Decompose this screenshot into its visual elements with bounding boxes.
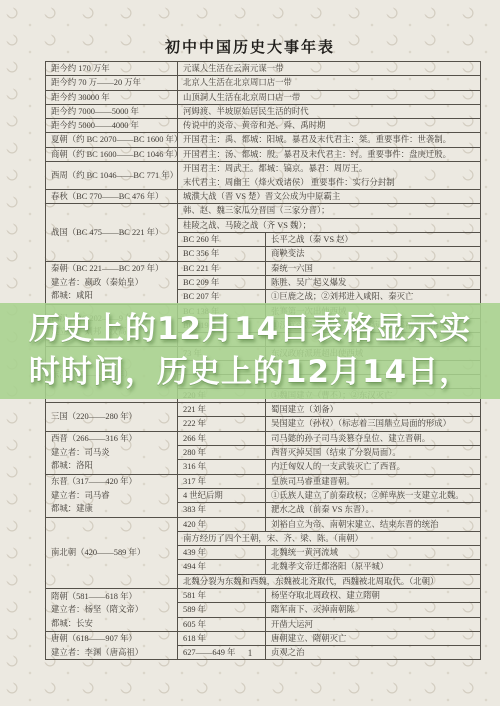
event-cell-wide: 韩、赵、魏三家瓜分晋国（三家分晋）； bbox=[178, 204, 481, 218]
cell-line: 西晋（266——316 年） bbox=[51, 432, 175, 446]
event-cell: 唐朝建立、隋朝灭亡 bbox=[266, 631, 481, 645]
table-row: 唐朝（618——907 年）建立者：李渊（唐高祖）618 年唐朝建立、隋朝灭亡 bbox=[46, 631, 481, 645]
cell-line: 末代君主：周幽王（烽火戏诸侯） 重要事件：实行分封制 bbox=[183, 176, 478, 190]
table-row: 夏朝（约 BC 2070——BC 1600 年）开国君主：禹、都城：阳城。暴君及… bbox=[46, 133, 481, 147]
period-cell: 隋朝（581——618 年）建立者：杨坚（隋文帝）都城：长安 bbox=[46, 588, 178, 631]
page-number: 1 bbox=[0, 648, 500, 658]
year-cell: 280 年 bbox=[178, 446, 266, 460]
year-cell: 221 年 bbox=[178, 403, 266, 417]
period-cell: 东晋（317——420 年）建立者：司马睿都城：建康 bbox=[46, 474, 178, 517]
event-cell: ①氐族人建立了前秦政权；②鲜卑族一支建立北魏。 bbox=[266, 488, 481, 502]
table-row: 距今约 70 万——20 万年北京人生活在北京周口店一带 bbox=[46, 76, 481, 90]
caption-line-1: 历史上的12月14日表格显示实 bbox=[29, 308, 471, 351]
year-cell: BC 221 年 bbox=[178, 261, 266, 275]
period-cell: 距今约 7000——5000 年 bbox=[46, 104, 178, 118]
year-cell: BC 207 年 bbox=[178, 290, 266, 304]
table-row: 战国（BC 475——BC 221 年）韩、赵、魏三家瓜分晋国（三家分晋）； bbox=[46, 204, 481, 218]
event-cell-wide: 桂陵之战、马陵之战（齐 VS 魏）； bbox=[178, 218, 481, 232]
year-cell: 383 年 bbox=[178, 503, 266, 517]
period-cell: 西周（约 BC 1046——BC 771 年） bbox=[46, 162, 178, 190]
event-cell-wide: 开国君主：禹、都城：阳城。暴君及末代君主：桀。重要事件：世袭制。 bbox=[178, 133, 481, 147]
period-cell: 春秋（BC 770——BC 476 年） bbox=[46, 190, 178, 204]
period-cell: 距今约 30000 年 bbox=[46, 90, 178, 104]
year-cell: 266 年 bbox=[178, 431, 266, 445]
event-cell-wide: 元谋人生活在云南元谋一带 bbox=[178, 62, 481, 76]
year-cell: 605 年 bbox=[178, 617, 266, 631]
event-cell-wide: 南方经历了四个王朝，宋、齐、梁、陈。（南朝） bbox=[178, 531, 481, 545]
event-cell: 蜀国建立（刘备） bbox=[266, 403, 481, 417]
event-cell: ①巨鹿之战；②刘邦进入咸阳、秦灭亡 bbox=[266, 290, 481, 304]
year-cell: 439 年 bbox=[178, 546, 266, 560]
event-cell-wide: 山顶洞人生活在北京周口店一带 bbox=[178, 90, 481, 104]
cell-line: 建立者：司马睿 bbox=[51, 489, 175, 503]
year-cell: 316 年 bbox=[178, 460, 266, 474]
event-cell-wide: 河姆渡、半坡原始居民生活的时代 bbox=[178, 104, 481, 118]
cell-line: 秦朝（BC 221——BC 207 年） bbox=[51, 262, 175, 276]
period-cell: 距今约 170 万年 bbox=[46, 62, 178, 76]
table-row: 西周（约 BC 1046——BC 771 年）开国君主：周武王。都城：镐京。暴君… bbox=[46, 162, 481, 190]
period-cell: 商朝（约 BC 1600——BC 1046 年） bbox=[46, 147, 178, 161]
year-cell: 4 世纪后期 bbox=[178, 488, 266, 502]
table-row: 距今约 30000 年山顶洞人生活在北京周口店一带 bbox=[46, 90, 481, 104]
caption-line-2: 时时间，历史上的12月14日， bbox=[29, 351, 471, 394]
year-cell: 589 年 bbox=[178, 603, 266, 617]
event-cell: 长平之战（秦 VS 赵） bbox=[266, 233, 481, 247]
table-row: 隋朝（581——618 年）建立者：杨坚（隋文帝）都城：长安581 年杨坚夺取北… bbox=[46, 588, 481, 602]
cell-line: 都城：洛阳 bbox=[51, 459, 175, 473]
table-row: 距今约 170 万年元谋人生活在云南元谋一带 bbox=[46, 62, 481, 76]
cell-line: 唐朝（618——907 年） bbox=[51, 632, 175, 646]
event-cell: 吴国建立（孙权）（标志着三国鼎立局面的形成） bbox=[266, 417, 481, 431]
table-row: 东晋（317——420 年）建立者：司马睿都城：建康317 年皇族司马睿重建晋朝… bbox=[46, 474, 481, 488]
year-cell: 222 年 bbox=[178, 417, 266, 431]
period-cell: 南北朝（420——589 年） bbox=[46, 517, 178, 588]
cell-line: 建立者：杨坚（隋文帝） bbox=[51, 603, 175, 617]
cell-line: 都城：建康 bbox=[51, 502, 175, 516]
year-cell: 317 年 bbox=[178, 474, 266, 488]
event-cell: 西晋灭掉吴国（结束了分裂局面）。 bbox=[266, 446, 481, 460]
year-cell: 581 年 bbox=[178, 588, 266, 602]
year-cell: 494 年 bbox=[178, 560, 266, 574]
event-cell: 淝水之战（前秦 VS 东晋）。 bbox=[266, 503, 481, 517]
event-cell: 商鞅变法 bbox=[266, 247, 481, 261]
period-cell: 三国（220——280 年） bbox=[46, 403, 178, 432]
table-row: 秦朝（BC 221——BC 207 年）建立者：嬴政（秦始皇）都城：咸阳BC 2… bbox=[46, 261, 481, 275]
period-cell: 夏朝（约 BC 2070——BC 1600 年） bbox=[46, 133, 178, 147]
table-row: 南北朝（420——589 年）420 年刘裕自立为帝、南朝宋建立、结束东晋的统治 bbox=[46, 517, 481, 531]
event-cell-wide: 传说中的炎帝、黄帝和尧、舜、禹时期 bbox=[178, 119, 481, 133]
cell-line: 东晋（317——420 年） bbox=[51, 475, 175, 489]
event-cell: 陈胜、吴广起义爆发 bbox=[266, 275, 481, 289]
event-cell: 北魏统一黄河流域 bbox=[266, 546, 481, 560]
event-cell: 皇族司马睿重建晋朝。 bbox=[266, 474, 481, 488]
event-cell-wide: 城濮大战（晋 VS 楚）晋文公成为中原霸主 bbox=[178, 190, 481, 204]
table-row: 西晋（266——316 年）建立者：司马炎都城：洛阳266 年司马懿的孙子司马炎… bbox=[46, 431, 481, 445]
table-row: 距今约 7000——5000 年河姆渡、半坡原始居民生活的时代 bbox=[46, 104, 481, 118]
year-cell: BC 260 年 bbox=[178, 233, 266, 247]
event-cell: 北魏孝文帝迁都洛阳（原平城） bbox=[266, 560, 481, 574]
cell-line: 都城：咸阳 bbox=[51, 289, 175, 303]
table-row: 商朝（约 BC 1600——BC 1046 年）开国君主：汤、都城：殷。暴君及末… bbox=[46, 147, 481, 161]
table-row: 三国（220——280 年）221 年蜀国建立（刘备） bbox=[46, 403, 481, 417]
table-row: 春秋（BC 770——BC 476 年）城濮大战（晋 VS 楚）晋文公成为中原霸… bbox=[46, 190, 481, 204]
event-cell: 杨坚夺取北周政权、建立隋朝 bbox=[266, 588, 481, 602]
event-cell: 内迁匈奴人的一支武装灭亡了西晋。 bbox=[266, 460, 481, 474]
event-cell: 秦统一六国 bbox=[266, 261, 481, 275]
year-cell: BC 356 年 bbox=[178, 247, 266, 261]
cell-line: 建立者：司马炎 bbox=[51, 446, 175, 460]
event-cell-wide: 开国君主：汤、都城：殷。暴君及末代君主：纣。重要事件：盘庚迁殷。 bbox=[178, 147, 481, 161]
period-cell: 战国（BC 475——BC 221 年） bbox=[46, 204, 178, 261]
period-cell: 距今约 5000——4000 年 bbox=[46, 119, 178, 133]
cell-line: 都城：长安 bbox=[51, 617, 175, 631]
period-cell: 西晋（266——316 年）建立者：司马炎都城：洛阳 bbox=[46, 431, 178, 474]
year-cell: 420 年 bbox=[178, 517, 266, 531]
caption-overlay: 历史上的12月14日表格显示实 时时间，历史上的12月14日， bbox=[0, 303, 500, 399]
event-cell: 司马懿的孙子司马炎篡夺皇位、建立晋朝。 bbox=[266, 431, 481, 445]
year-cell: BC 209 年 bbox=[178, 275, 266, 289]
period-cell: 秦朝（BC 221——BC 207 年）建立者：嬴政（秦始皇）都城：咸阳 bbox=[46, 261, 178, 304]
cell-line: 隋朝（581——618 年） bbox=[51, 590, 175, 604]
table-row: 距今约 5000——4000 年传说中的炎帝、黄帝和尧、舜、禹时期 bbox=[46, 119, 481, 133]
event-cell-wide: 北魏分裂为东魏和西魏，东魏被北齐取代，西魏被北周取代。（北朝） bbox=[178, 574, 481, 588]
period-cell: 距今约 70 万——20 万年 bbox=[46, 76, 178, 90]
cell-line: 开国君主：周武王。都城：镐京。暴君：周厉王。 bbox=[183, 162, 478, 176]
event-cell: 开凿大运河 bbox=[266, 617, 481, 631]
event-cell: 隋军南下、灭掉南朝陈 bbox=[266, 603, 481, 617]
cell-line: 建立者：嬴政（秦始皇） bbox=[51, 276, 175, 290]
page-title: 初中中国历史大事年表 bbox=[0, 36, 500, 57]
event-cell: 刘裕自立为帝、南朝宋建立、结束东晋的统治 bbox=[266, 517, 481, 531]
document-page: 初中中国历史大事年表 距今约 170 万年元谋人生活在云南元谋一带距今约 70 … bbox=[0, 0, 500, 706]
event-cell-wide: 开国君主：周武王。都城：镐京。暴君：周厉王。末代君主：周幽王（烽火戏诸侯） 重要… bbox=[178, 162, 481, 190]
year-cell: 618 年 bbox=[178, 631, 266, 645]
event-cell-wide: 北京人生活在北京周口店一带 bbox=[178, 76, 481, 90]
